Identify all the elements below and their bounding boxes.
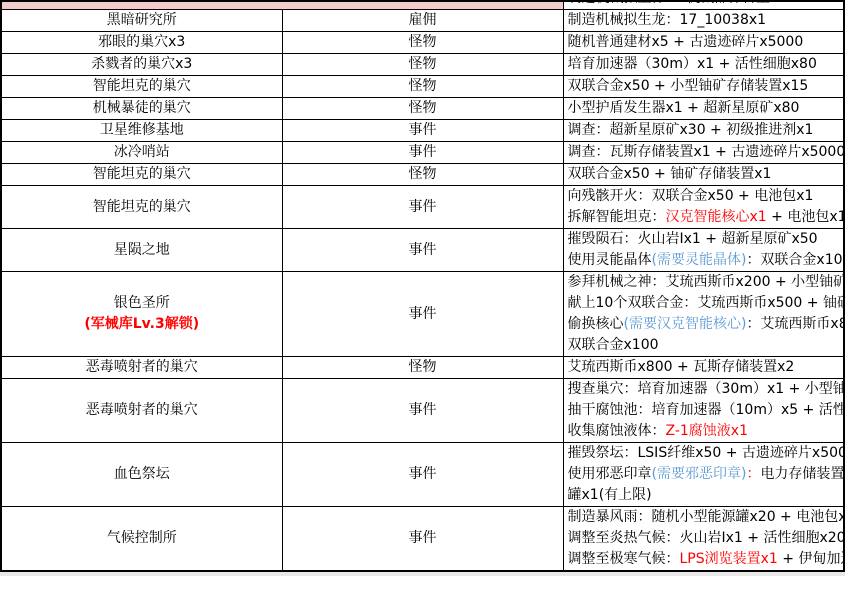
table-row: 银色圣所(军械库Lv.3解锁)事件参拜机械之神：艾琉西斯币x200 + 小型铀矿… [1,272,844,357]
reward-cell: 摧毁祭坛：LSIS纤维x50 + 古遗迹碎片x5000使用邪恶印章(需要邪恶印章… [563,443,844,507]
reward-text: 调查：瓦斯存储装置x1 + 古遗迹碎片x5000 [568,144,845,160]
reward-cell: 艾琉西斯币x800 + 瓦斯存储装置x2 [563,357,844,379]
table-row: 恶毒喷射者的巢穴怪物艾琉西斯币x800 + 瓦斯存储装置x2 [1,357,844,379]
reward-line: 双联合金x100 [564,335,844,356]
reward-text: 收集腐蚀液体： [568,423,666,439]
reward-text-red: Z-1腐蚀液x1 [666,423,749,439]
location-line: 机械暴徒的巢穴 [2,98,282,119]
reward-text: 向残骸开火：双联合金x50 + 电池包x1 [568,188,814,204]
type-cell: 怪物 [282,164,563,186]
reward-line: 制造暴风雨：随机小型能源罐x20 + 电池包x1 [564,507,844,528]
reward-text-red: LPS浏览装置x1 [680,551,778,567]
location-line: 恶毒喷射者的巢穴 [2,400,282,421]
reward-text: + 伊甸加速器（60m）x1 [778,551,844,567]
type-cell: 事件 [282,120,563,142]
reward-line: 调查：超新星原矿x30 + 初级推进剂x1 [564,120,844,141]
reward-text: 恶毒喷射者的巢穴 [86,402,198,418]
location-cell: 黑暗研究所 [1,10,282,32]
reward-text: + 电池包x1 [767,209,844,225]
reward-cell: 制造机械拟生龙：17_10038x1 [563,10,844,32]
reward-text: 卫星维修基地 [100,122,184,138]
location-cell: 智能坦克的巢穴 [1,76,282,98]
reward-text: 艾琉西斯币x800 + 瓦斯存储装置x2 [568,359,795,375]
clipped-reward-cell: 制造机械拟生体 + 机械部件合金x1 [563,1,844,10]
location-cell: 气候控制所 [1,507,282,572]
reward-text-red: ： [746,466,760,482]
type-cell: 怪物 [282,98,563,120]
reward-text-blue: (需要汉克智能核心) [624,316,747,332]
reward-table-body: 制造机械拟生体 + 机械部件合金x1黑暗研究所雇佣制造机械拟生龙：17_1003… [1,1,844,571]
reward-cell: 调查：超新星原矿x30 + 初级推进剂x1 [563,120,844,142]
type-cell: 事件 [282,507,563,572]
location-cell: 星陨之地 [1,229,282,272]
location-line: 冰冷哨站 [2,142,282,163]
reward-text: 罐x1(有上限) [568,487,652,503]
type-cell: 事件 [282,229,563,272]
reward-text: 冰冷哨站 [114,144,170,160]
location-cell: 卫星维修基地 [1,120,282,142]
location-line: 卫星维修基地 [2,120,282,141]
location-cell: 冰冷哨站 [1,142,282,164]
location-line: 邪眼的巢穴x3 [2,32,282,53]
reward-line: 搜查巢穴：培育加速器（30m）x1 + 小型铀矿存储装置x15 [564,379,844,400]
type-cell: 事件 [282,272,563,357]
reward-text: 双联合金x50 + 小型铀矿存储装置x15 [568,78,809,94]
reward-text: 气候控制所 [107,530,177,546]
reward-line: 摧毁陨石：火山岩Ⅰx1 + 超新星原矿x50 [564,229,844,250]
table-row: 邪眼的巢穴x3怪物随机普通建材x5 + 古遗迹碎片x5000 [1,32,844,54]
reward-text-blue: (需要邪恶印章) [652,466,747,482]
reward-line: 艾琉西斯币x800 + 瓦斯存储装置x2 [564,357,844,378]
table-row: 恶毒喷射者的巢穴事件搜查巢穴：培育加速器（30m）x1 + 小型铀矿存储装置x1… [1,379,844,443]
table-row: 星陨之地事件摧毁陨石：火山岩Ⅰx1 + 超新星原矿x50使用灵能晶体(需要灵能晶… [1,229,844,272]
reward-line: 参拜机械之神：艾琉西斯币x200 + 小型铀矿存储装置x20 [564,272,844,293]
reward-text: 摧毁陨石：火山岩Ⅰx1 + 超新星原矿x50 [568,231,818,247]
reward-line: 使用灵能晶体(需要灵能晶体)：双联合金x100 + 西宙级储能装置x1 [564,250,844,271]
table-row: 气候控制所事件制造暴风雨：随机小型能源罐x20 + 电池包x1调整至炎热气候：火… [1,507,844,572]
reward-text: 使用邪恶印章 [568,466,652,482]
type-cell: 事件 [282,142,563,164]
location-cell: 恶毒喷射者的巢穴 [1,357,282,379]
reward-text: 制造机械拟生龙：17_10038x1 [568,12,767,28]
reward-text: 抽干腐蚀池：培育加速器（10m）x5 + 活性细胞x300 [568,402,845,418]
reward-text: 恶毒喷射者的巢穴 [86,359,198,375]
reward-text: 黑暗研究所 [107,12,177,28]
type-cell: 怪物 [282,357,563,379]
reward-cell: 培育加速器（30m）x1 + 活性细胞x80 [563,54,844,76]
reward-text: 调整至炎热气候：火山岩Ⅰx1 + 活性细胞x200 [568,530,845,546]
reward-line: 制造机械拟生龙：17_10038x1 [564,10,844,31]
table-row: 冰冷哨站事件调查：瓦斯存储装置x1 + 古遗迹碎片x5000 [1,142,844,164]
reward-text: 参拜机械之神：艾琉西斯币x200 + 小型铀矿存储装置x20 [568,274,845,290]
reward-cell: 制造暴风雨：随机小型能源罐x20 + 电池包x1调整至炎热气候：火山岩Ⅰx1 +… [563,507,844,572]
reward-text: 双联合金x50 + 铀矿存储装置x1 [568,166,772,182]
reward-text: 搜查巢穴：培育加速器（30m）x1 + 小型铀矿存储装置x15 [568,381,845,397]
reward-text: 制造暴风雨：随机小型能源罐x20 + 电池包x1 [568,509,845,525]
reward-text: 血色祭坛 [114,466,170,482]
table-row: 卫星维修基地事件调查：超新星原矿x30 + 初级推进剂x1 [1,120,844,142]
reward-text: 调查：超新星原矿x30 + 初级推进剂x1 [568,122,814,138]
reward-text: 智能坦克的巢穴 [93,199,191,215]
reward-line: 抽干腐蚀池：培育加速器（10m）x5 + 活性细胞x300 [564,400,844,421]
location-line: 星陨之地 [2,240,282,261]
table-row: 智能坦克的巢穴事件向残骸开火：双联合金x50 + 电池包x1拆解智能坦克：汉克智… [1,186,844,229]
location-line: 银色圣所 [2,293,282,314]
reward-line: 收集腐蚀液体：Z-1腐蚀液x1 [564,421,844,442]
reward-text: 小型护盾发生器x1 + 超新星原矿x80 [568,100,800,116]
table-row: 杀戮者的巢穴x3怪物培育加速器（30m）x1 + 活性细胞x80 [1,54,844,76]
clipped-location-cell [1,1,563,10]
location-line: (军械库Lv.3解锁) [2,314,282,335]
reward-line: 双联合金x50 + 铀矿存储装置x1 [564,164,844,185]
reward-line: 向残骸开火：双联合金x50 + 电池包x1 [564,186,844,207]
type-cell: 事件 [282,186,563,229]
next-row-sliver [0,572,845,576]
reward-text: 拆解智能坦克： [568,209,666,225]
reward-line: 献上10个双联合金：艾琉西斯币x500 + 铀矿存储装置x1 [564,293,844,314]
table-row: 智能坦克的巢穴怪物双联合金x50 + 铀矿存储装置x1 [1,164,844,186]
location-line: 智能坦克的巢穴 [2,197,282,218]
location-line: 智能坦克的巢穴 [2,76,282,97]
reward-text: 献上10个双联合金：艾琉西斯币x500 + 铀矿存储装置x1 [568,295,845,311]
reward-text: 杀戮者的巢穴x3 [91,56,192,72]
table-row: 血色祭坛事件摧毁祭坛：LSIS纤维x50 + 古遗迹碎片x5000使用邪恶印章(… [1,443,844,507]
reward-cell: 小型护盾发生器x1 + 超新星原矿x80 [563,98,844,120]
type-cell: 事件 [282,443,563,507]
reward-text: 星陨之地 [114,242,170,258]
location-cell: 邪眼的巢穴x3 [1,32,282,54]
type-cell: 怪物 [282,76,563,98]
reward-text-red: 汉克智能核心x1 [666,209,767,225]
location-cell: 恶毒喷射者的巢穴 [1,379,282,443]
clipped-top-row: 制造机械拟生体 + 机械部件合金x1 [1,1,844,10]
reward-text: 随机普通建材x5 + 古遗迹碎片x5000 [568,34,804,50]
reward-line: 培育加速器（30m）x1 + 活性细胞x80 [564,54,844,75]
reward-cell: 摧毁陨石：火山岩Ⅰx1 + 超新星原矿x50使用灵能晶体(需要灵能晶体)：双联合… [563,229,844,272]
location-cell: 血色祭坛 [1,443,282,507]
location-line: 杀戮者的巢穴x3 [2,54,282,75]
reward-cell: 搜查巢穴：培育加速器（30m）x1 + 小型铀矿存储装置x15抽干腐蚀池：培育加… [563,379,844,443]
location-cell: 杀戮者的巢穴x3 [1,54,282,76]
reward-line: 罐x1(有上限) [564,485,844,506]
reward-text: 银色圣所 [114,295,170,311]
reward-cell: 参拜机械之神：艾琉西斯币x200 + 小型铀矿存储装置x20献上10个双联合金：… [563,272,844,357]
reward-line: 拆解智能坦克：汉克智能核心x1 + 电池包x1 [564,207,844,228]
reward-text: 智能坦克的巢穴 [93,78,191,94]
reward-cell: 双联合金x50 + 铀矿存储装置x1 [563,164,844,186]
reward-text: 摧毁祭坛：LSIS纤维x50 + 古遗迹碎片x5000 [568,445,845,461]
reward-line: 随机普通建材x5 + 古遗迹碎片x5000 [564,32,844,53]
reward-line: 双联合金x50 + 小型铀矿存储装置x15 [564,76,844,97]
reward-line: 调整至极寒气候：LPS浏览装置x1 + 伊甸加速器（60m）x1 [564,549,844,570]
type-cell: 怪物 [282,54,563,76]
reward-cell: 向残骸开火：双联合金x50 + 电池包x1拆解智能坦克：汉克智能核心x1 + 电… [563,186,844,229]
reward-line: 使用邪恶印章(需要邪恶印章)：电力存储装置x2 + 磁流体x100 + 金 [564,464,844,485]
table-row: 黑暗研究所雇佣制造机械拟生龙：17_10038x1 [1,10,844,32]
type-cell: 雇佣 [282,10,563,32]
location-cell: 银色圣所(军械库Lv.3解锁) [1,272,282,357]
location-line: 血色祭坛 [2,464,282,485]
reward-text: 电力存储装置x2 + 磁流体x100 + 金 [760,466,844,482]
reward-text: 偷换核心 [568,316,624,332]
table-row: 机械暴徒的巢穴怪物小型护盾发生器x1 + 超新星原矿x80 [1,98,844,120]
reward-cell: 双联合金x50 + 小型铀矿存储装置x15 [563,76,844,98]
reward-text: 调整至极寒气候： [568,551,680,567]
location-cell: 智能坦克的巢穴 [1,186,282,229]
type-cell: 事件 [282,379,563,443]
location-line: 黑暗研究所 [2,10,282,31]
reward-cell: 调查：瓦斯存储装置x1 + 古遗迹碎片x5000 [563,142,844,164]
table-row: 智能坦克的巢穴怪物双联合金x50 + 小型铀矿存储装置x15 [1,76,844,98]
location-cell: 机械暴徒的巢穴 [1,98,282,120]
reward-cell: 随机普通建材x5 + 古遗迹碎片x5000 [563,32,844,54]
reward-line: 调查：瓦斯存储装置x1 + 古遗迹碎片x5000 [564,142,844,163]
reward-line: 摧毁祭坛：LSIS纤维x50 + 古遗迹碎片x5000 [564,443,844,464]
reward-text-redb: (军械库Lv.3解锁) [84,316,199,332]
reward-text: 双联合金x100 [568,337,659,353]
reward-text: ：双联合金x100 + [746,252,844,268]
reward-line: 小型护盾发生器x1 + 超新星原矿x80 [564,98,844,119]
reward-line: 调整至炎热气候：火山岩Ⅰx1 + 活性细胞x200 [564,528,844,549]
reward-text: 智能坦克的巢穴 [93,166,191,182]
clipped-reward-text: 制造机械拟生体 + 机械部件合金x1 [564,1,844,9]
location-line: 气候控制所 [2,528,282,549]
type-cell: 怪物 [282,32,563,54]
reward-table: 制造机械拟生体 + 机械部件合金x1黑暗研究所雇佣制造机械拟生龙：17_1003… [0,0,845,572]
reward-text: 培育加速器（30m）x1 + 活性细胞x80 [568,56,817,72]
location-line: 恶毒喷射者的巢穴 [2,357,282,378]
reward-line: 偷换核心(需要汉克智能核心)：艾琉西斯币x800 + 铀矿存储装置x2 + [564,314,844,335]
reward-text: ：艾琉西斯币x800 + 铀矿存储装置x2 + [746,316,844,332]
reward-text: 邪眼的巢穴x3 [98,34,185,50]
reward-text: 使用灵能晶体 [568,252,652,268]
reward-text-blue: (需要灵能晶体) [652,252,747,268]
location-cell: 智能坦克的巢穴 [1,164,282,186]
location-line: 智能坦克的巢穴 [2,164,282,185]
reward-text: 机械暴徒的巢穴 [93,100,191,116]
